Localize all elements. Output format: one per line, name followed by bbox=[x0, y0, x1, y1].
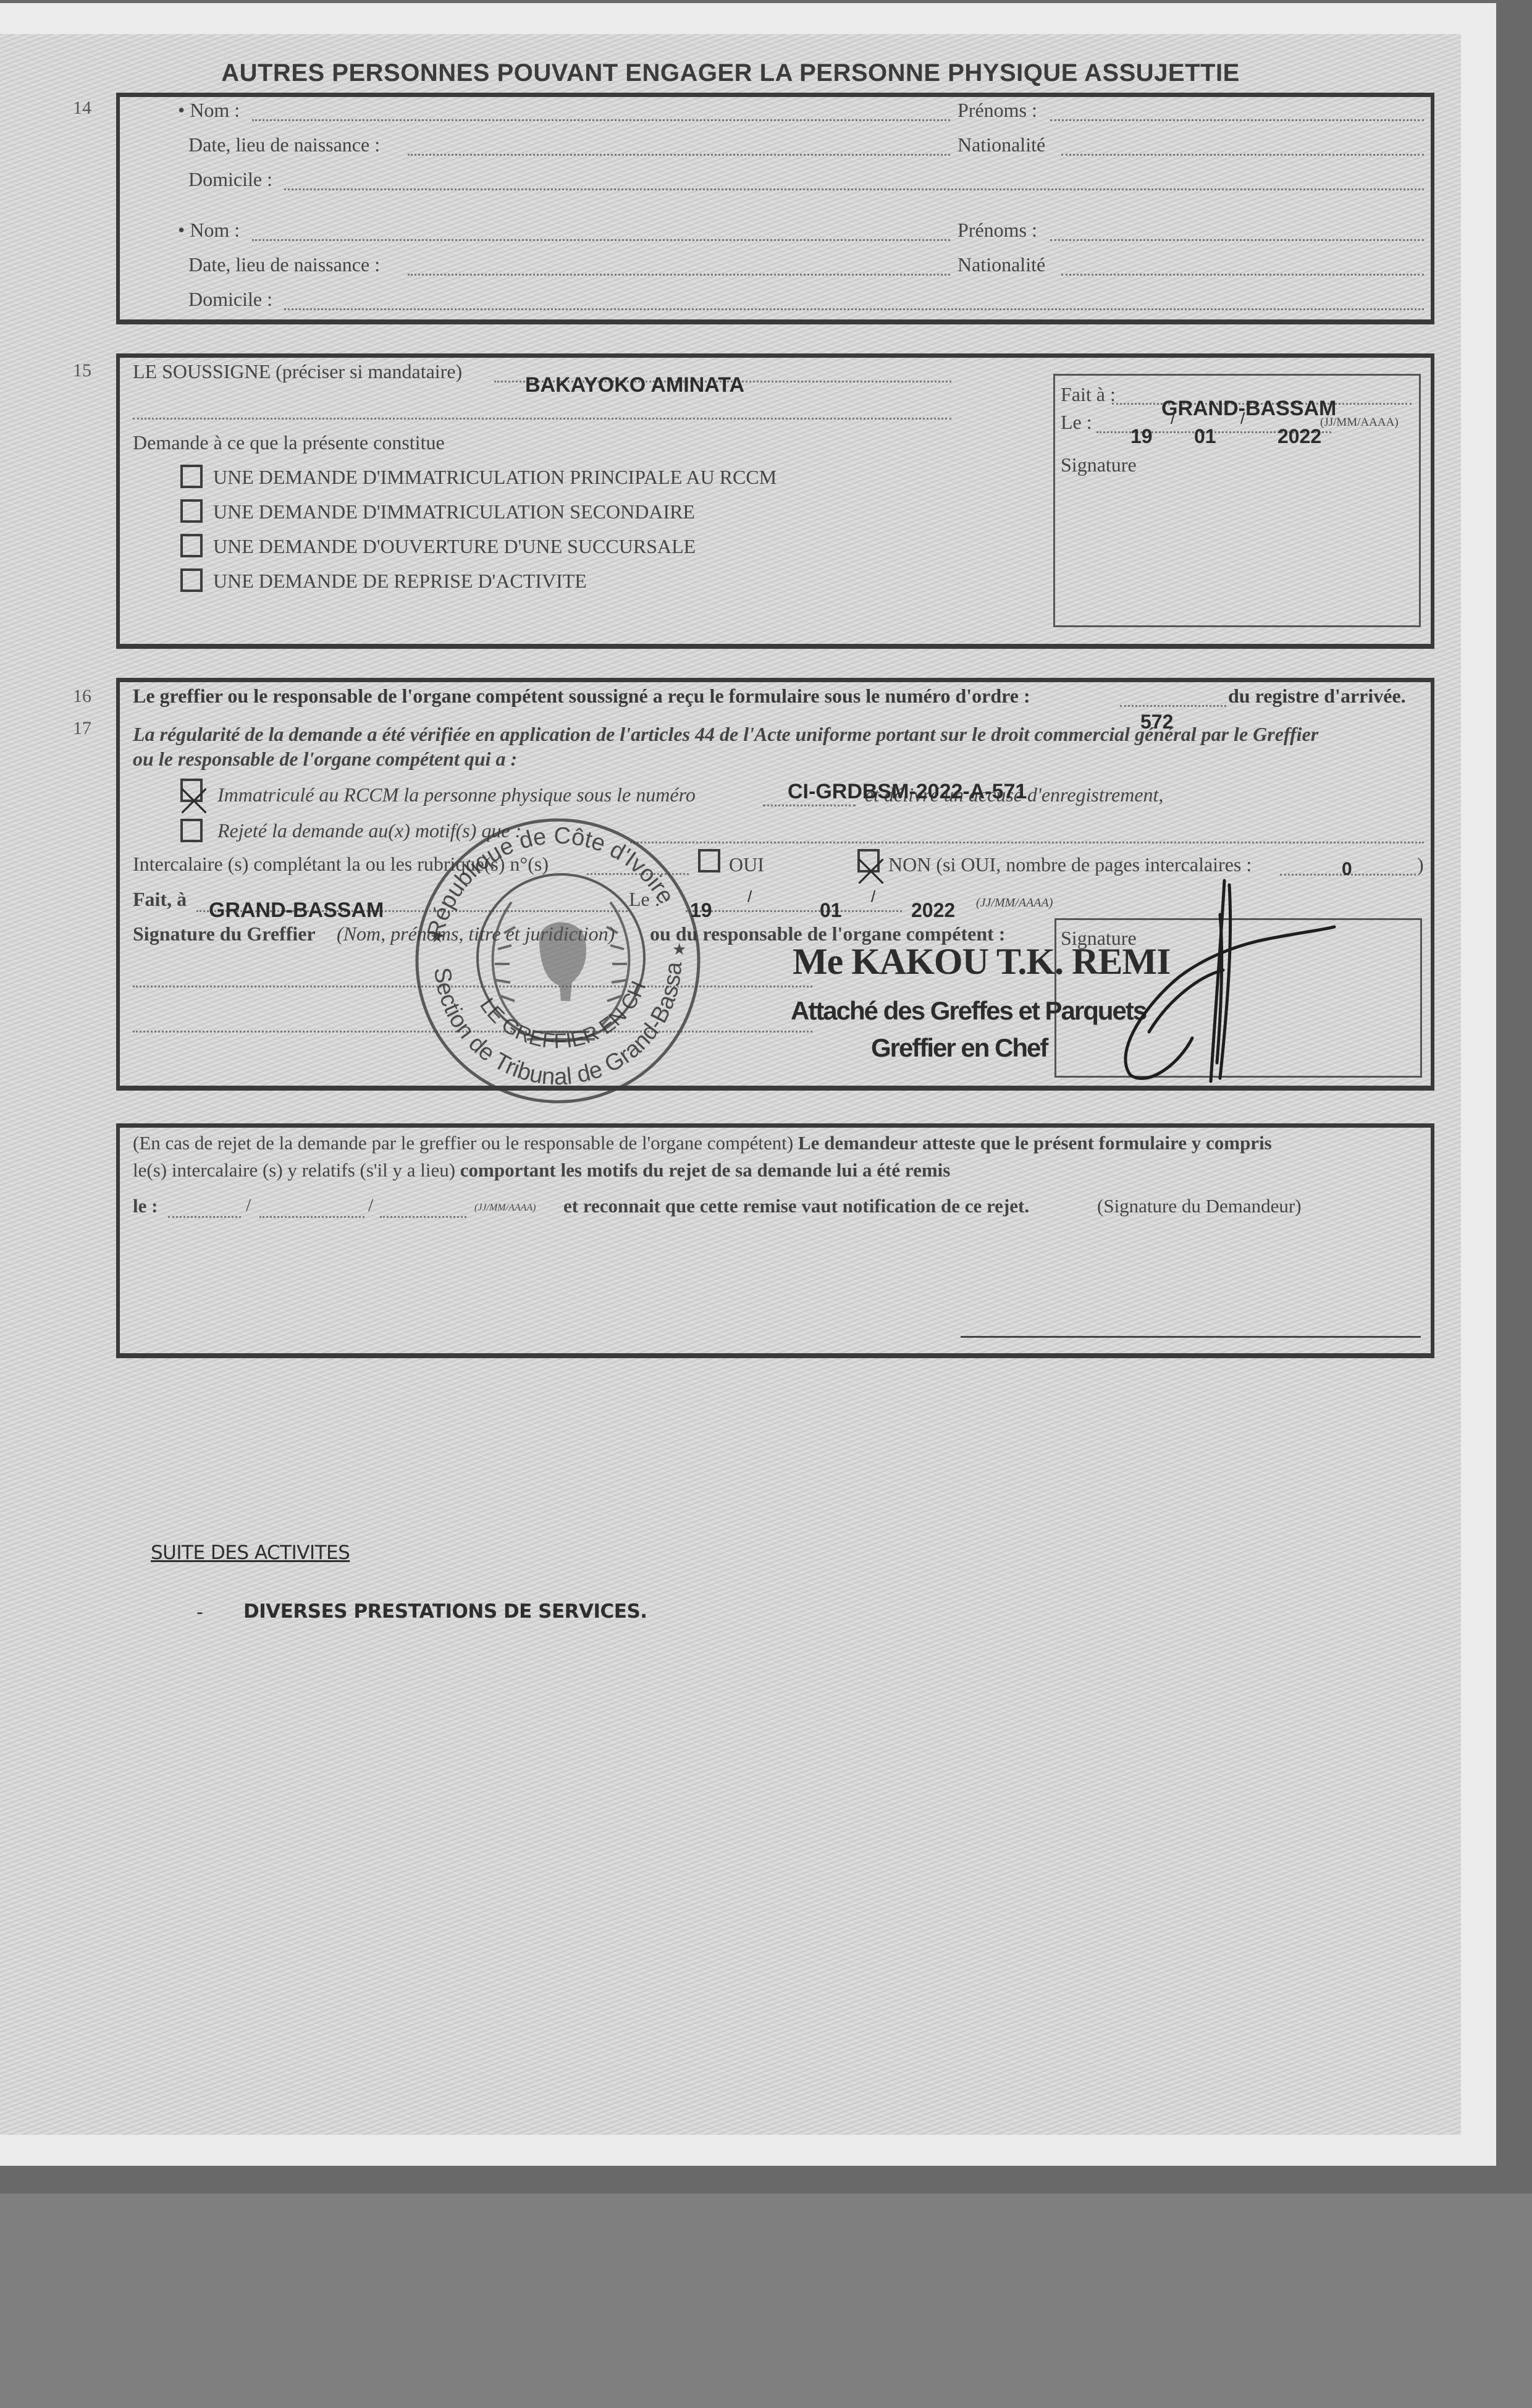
rejet-text-line1: (En cas de rejet de la demande par le gr… bbox=[133, 1132, 1272, 1154]
greffier-handwritten-signature-icon bbox=[1112, 877, 1371, 1088]
non-close-paren: ) bbox=[1417, 853, 1424, 876]
rejet-intro: (En cas de rejet de la demande par le gr… bbox=[133, 1132, 793, 1154]
rejet-atteste: Le demandeur atteste que le présent form… bbox=[798, 1132, 1272, 1154]
date-day: 19 bbox=[1130, 425, 1153, 448]
nationalite-label: Nationalité bbox=[958, 253, 1045, 276]
greffier-title-stamp: Attaché des Greffes et Parquets bbox=[791, 996, 1146, 1026]
nombre-pages-value: 0 bbox=[1342, 859, 1352, 880]
rejet-motifs: comportant les motifs du rejet de sa dem… bbox=[460, 1159, 951, 1181]
rejet-intercalaire: le(s) intercalaire (s) y relatifs (s'il … bbox=[133, 1159, 455, 1181]
section-number-17: 17 bbox=[54, 718, 91, 739]
greffier-role-stamp: Greffier en Chef bbox=[871, 1033, 1047, 1063]
registre-text: du registre d'arrivée. bbox=[1228, 685, 1406, 708]
section-14-box bbox=[116, 93, 1434, 324]
signature-greffier-label: Signature du Greffier bbox=[133, 923, 316, 945]
option-label: UNE DEMANDE D'OUVERTURE D'UNE SUCCURSALE bbox=[213, 535, 696, 558]
checkbox[interactable] bbox=[180, 819, 203, 842]
rejet-signature-label: (Signature du Demandeur) bbox=[1097, 1195, 1302, 1217]
soussigne-label: LE SOUSSIGNE (préciser si mandataire) bbox=[133, 360, 462, 383]
date-year: 2022 bbox=[1277, 425, 1321, 448]
domicile-field[interactable] bbox=[284, 308, 1424, 310]
nom-field[interactable] bbox=[252, 239, 950, 241]
nationalite-field[interactable] bbox=[1061, 154, 1424, 156]
naissance-label: Date, lieu de naissance : bbox=[188, 133, 380, 156]
prenoms-label: Prénoms : bbox=[958, 219, 1037, 242]
fait-a-label: Fait à : bbox=[1061, 383, 1116, 406]
fait-a-value: GRAND-BASSAM bbox=[209, 898, 384, 923]
checkbox[interactable] bbox=[180, 534, 203, 557]
checkbox[interactable] bbox=[180, 568, 203, 592]
checkbox-checked[interactable] bbox=[857, 849, 880, 872]
signature-label: Signature bbox=[1061, 454, 1137, 476]
rejet-date-day[interactable] bbox=[168, 1216, 241, 1218]
seal-top-text: République de Côte d'Ivoire bbox=[423, 823, 679, 940]
svg-text:★: ★ bbox=[430, 928, 444, 946]
non-label: NON (si OUI, nombre de pages intercalair… bbox=[888, 853, 1252, 876]
nom-field[interactable] bbox=[252, 119, 950, 121]
fait-a-value: GRAND-BASSAM bbox=[1161, 397, 1336, 421]
naissance-field[interactable] bbox=[408, 154, 950, 156]
activity-bullet: - bbox=[196, 1602, 203, 1623]
soussigne-value: BAKAYOKO AMINATA bbox=[525, 373, 744, 397]
rejet-date-format: (JJ/MM/AAAA) bbox=[474, 1202, 536, 1214]
domicile-field[interactable] bbox=[284, 188, 1424, 190]
numero-ordre-field[interactable] bbox=[1120, 705, 1226, 707]
option-label: UNE DEMANDE DE REPRISE D'ACTIVITE bbox=[213, 570, 587, 593]
prenoms-label: Prénoms : bbox=[958, 99, 1037, 122]
prenoms-field[interactable] bbox=[1050, 239, 1424, 241]
domicile-label: Domicile : bbox=[188, 288, 272, 311]
rejet-notification-text: et reconnait que cette remise vaut notif… bbox=[563, 1195, 1029, 1217]
reception-text: Le greffier ou le responsable de l'organ… bbox=[133, 685, 1030, 708]
svg-text:★: ★ bbox=[672, 940, 686, 958]
rejet-box bbox=[116, 1123, 1434, 1358]
section-number-16: 16 bbox=[54, 686, 91, 707]
regularite-text: La régularité de la demande a été vérifi… bbox=[133, 723, 1318, 746]
nationalite-field[interactable] bbox=[1061, 274, 1424, 276]
page-title: AUTRES PERSONNES POUVANT ENGAGER LA PERS… bbox=[0, 59, 1461, 87]
motifs-field[interactable] bbox=[630, 842, 1424, 843]
prenoms-field[interactable] bbox=[1050, 119, 1424, 121]
demande-label: Demande à ce que la présente constitue bbox=[133, 431, 445, 454]
rejet-date-month[interactable] bbox=[259, 1216, 364, 1218]
checkbox[interactable] bbox=[180, 465, 203, 488]
suite-activites-heading: SUITE DES ACTIVITES bbox=[151, 1542, 350, 1564]
numero-rccm-value: CI-GRDBSM-2022-A-571 bbox=[788, 780, 1027, 804]
option-label: UNE DEMANDE D'IMMATRICULATION PRINCIPALE… bbox=[213, 466, 777, 489]
date-month: 01 bbox=[820, 899, 842, 922]
date-format-hint: (JJ/MM/AAAA) bbox=[1320, 416, 1399, 429]
date-year: 2022 bbox=[911, 899, 955, 922]
fait-a-label: Fait, à bbox=[133, 888, 187, 911]
nationalite-label: Nationalité bbox=[958, 133, 1045, 156]
soussigne-field-line2[interactable] bbox=[133, 418, 951, 420]
date-month: 01 bbox=[1194, 425, 1216, 448]
oui-label: OUI bbox=[729, 853, 764, 876]
option-label: UNE DEMANDE D'IMMATRICULATION SECONDAIRE bbox=[213, 501, 695, 523]
rejet-date-year[interactable] bbox=[380, 1216, 466, 1218]
domicile-label: Domicile : bbox=[188, 168, 272, 191]
activity-item: DIVERSES PRESTATIONS DE SERVICES. bbox=[243, 1600, 647, 1623]
section-number-14: 14 bbox=[54, 98, 91, 119]
naissance-field[interactable] bbox=[408, 274, 950, 276]
date-field[interactable] bbox=[686, 910, 902, 912]
svg-text:République de Côte d'Ivoire: République de Côte d'Ivoire bbox=[423, 823, 679, 940]
date-format-hint: (JJ/MM/AAAA) bbox=[976, 896, 1053, 910]
nom-label: • Nom : bbox=[178, 99, 240, 122]
demandeur-signature-line[interactable] bbox=[961, 1336, 1421, 1338]
naissance-label: Date, lieu de naissance : bbox=[188, 253, 380, 276]
nom-label: • Nom : bbox=[178, 219, 240, 242]
numero-rccm-field[interactable] bbox=[763, 805, 856, 806]
official-seal-icon: République de Côte d'Ivoire Section de T… bbox=[413, 816, 703, 1106]
immatricule-label: Immatriculé au RCCM la personne physique… bbox=[217, 784, 696, 806]
checkbox[interactable] bbox=[180, 499, 203, 523]
section-number-15: 15 bbox=[54, 360, 91, 381]
checkbox-checked[interactable] bbox=[180, 779, 203, 802]
rejet-text-line2: le(s) intercalaire (s) y relatifs (s'il … bbox=[133, 1159, 950, 1181]
rejet-le-label: le : bbox=[133, 1195, 158, 1217]
regularite-text-line2: ou le responsable de l'organe compétent … bbox=[133, 748, 517, 771]
le-label: Le : bbox=[1061, 411, 1092, 434]
